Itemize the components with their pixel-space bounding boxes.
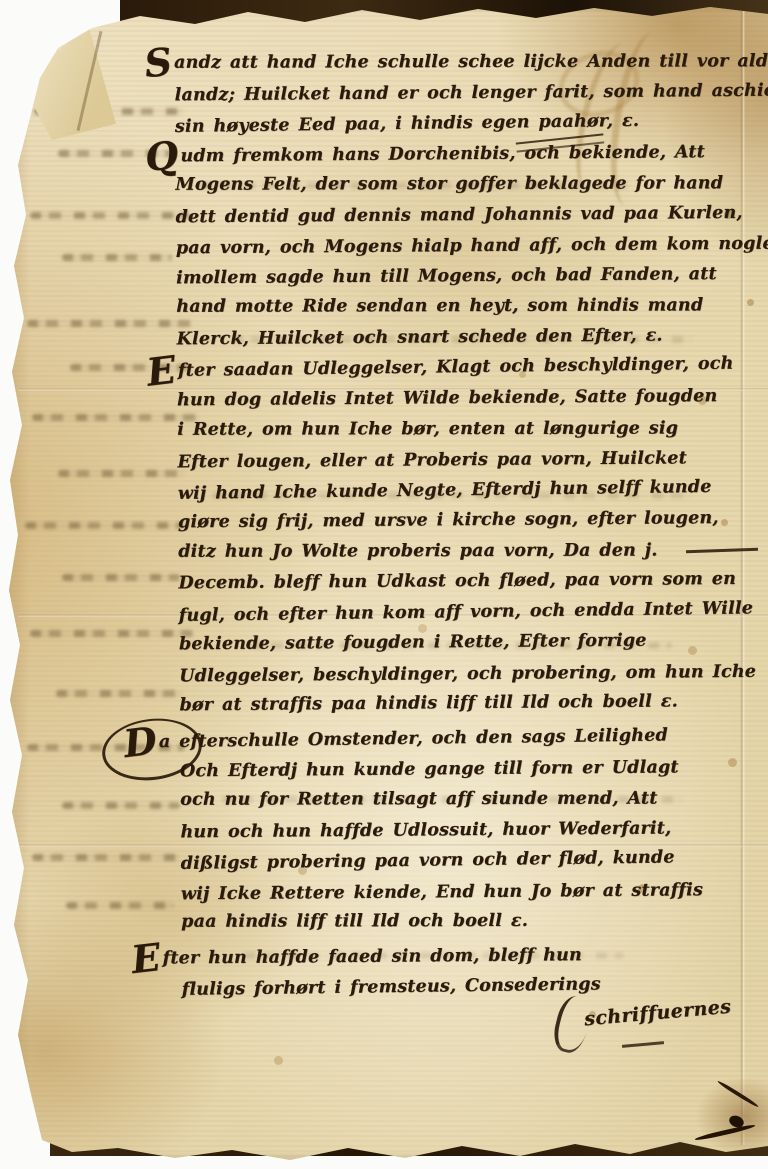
- manuscript-line: dißligst probering paa vorn och der flød…: [180, 841, 768, 879]
- swash-initial: Q: [145, 154, 178, 158]
- manuscript-line: bekiende, satte fougden i Rette, Efter f…: [179, 625, 768, 660]
- manuscript-line: och nu for Retten tilsagt aff siunde men…: [180, 783, 768, 815]
- swash-initial: E: [131, 957, 160, 960]
- swash-initial: E: [147, 370, 176, 373]
- manuscript-text-block: Sandz att hand Iche schulle schee lijcke…: [174, 45, 768, 1005]
- manuscript-line: hun dog aldelis Intet Wilde bekiende, Sa…: [177, 381, 768, 416]
- manuscript-line: imollem sagde hun till Mogens, och bad F…: [176, 259, 768, 294]
- manuscript-line: Och Efterdj hun kunde gange till forn er…: [180, 751, 768, 786]
- swash-initial: S: [144, 61, 171, 64]
- manuscript-line: paa hindis liff till Ild och boell ɛ.: [181, 906, 768, 938]
- manuscript-line: hand motte Ride sendan en heyt, som hind…: [176, 291, 768, 323]
- fox-spots: [0, 0, 5, 5]
- manuscript-line: Udleggelser, beschyldinger, och proberin…: [179, 657, 768, 692]
- manuscript-line: i Rette, om hun Iche bør, enten at løngu…: [177, 413, 768, 445]
- manuscript-page: Sandz att hand Iche schulle schee lijcke…: [0, 0, 768, 1169]
- scanned-document: { "page": { "kind": "Scanned 17th-centur…: [0, 0, 768, 1169]
- manuscript-line: bør at straffis paa hindis liff till Ild…: [179, 686, 768, 721]
- manuscript-line: ditz hun Jo Wolte proberis paa vorn, Da …: [178, 535, 768, 567]
- manuscript-line: Sandz att hand Iche schulle schee lijcke…: [174, 46, 768, 78]
- manuscript-line: Qudm fremkom hans Dorchenibis, och bekie…: [175, 136, 768, 171]
- manuscript-line: dett dentid gud dennis mand Johannis vad…: [175, 197, 768, 232]
- manuscript-line: paa vorn, och Mogens hialp hand aff, och…: [176, 229, 768, 264]
- manuscript-line: Mogens Felt, der som stor goffer beklage…: [175, 168, 768, 200]
- manuscript-line: wij Icke Rettere kiende, End hun Jo bør …: [181, 874, 768, 909]
